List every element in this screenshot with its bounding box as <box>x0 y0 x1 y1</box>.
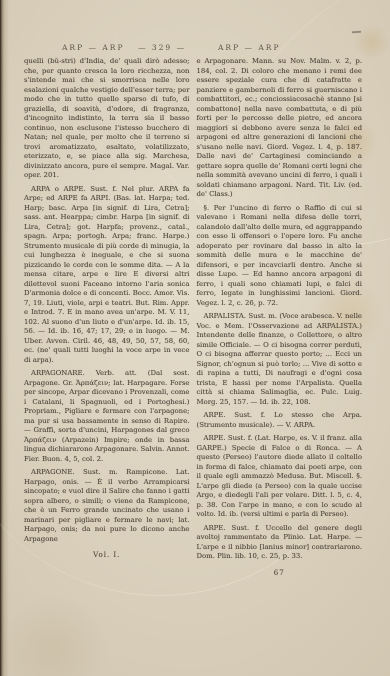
left-column: quelli (bŭ-stri) d'India, de' quali dirò… <box>24 57 190 578</box>
entry-arpe-3: ARPE. Sust. f. Uccello del genere degli … <box>197 524 363 562</box>
entry-arpa: ARPA o ARPE. Sust. f. Nel plur. ARPA fa … <box>24 185 190 366</box>
entry-arpalista: ARPALISTA. Sust. m. (Voce arabesca. V. n… <box>197 312 363 407</box>
entry-arpagone: ARPAGONE. Sust. m. Rampicone. Lat. Harpa… <box>24 468 190 544</box>
scanned-dictionary-page: ARP — ARP — 329 — ARP — ARP quelli (bŭ-s… <box>0 0 390 676</box>
entry-section-uncino: §. Per l'uncino di ferro o Raffio di cui… <box>197 204 363 309</box>
header-catchword-left: ARP — ARP <box>62 43 125 52</box>
page-number: — 329 — <box>138 43 186 52</box>
header-catchword-right: ARP — ARP <box>218 43 281 52</box>
entry-continuation-text: quelli (bŭ-stri) d'India, de' quali dirò… <box>24 57 190 181</box>
entry-arpe-1: ARPE. Sust. f. Lo stesso che Arpa. (Stru… <box>197 411 363 430</box>
signature-number: 67 <box>197 569 363 579</box>
entry-arpagone-continuation: e Arpagonare. Mann. su Nov. Malm. v. 2, … <box>197 57 363 200</box>
volume-label: Vol. I. <box>24 551 190 561</box>
entry-arpagonare: ARPAGONARE. Verb. att. (Dal sost. Arpago… <box>24 369 190 464</box>
entry-arpe-2: ARPE. Sust. f. (Lat. Harpe, es. V. il fr… <box>197 434 363 520</box>
pencil-mark <box>352 31 361 33</box>
text-block: quelli (bŭ-stri) d'India, de' quali dirò… <box>24 57 362 578</box>
right-column: e Arpagonare. Mann. su Nov. Malm. v. 2, … <box>197 57 363 578</box>
